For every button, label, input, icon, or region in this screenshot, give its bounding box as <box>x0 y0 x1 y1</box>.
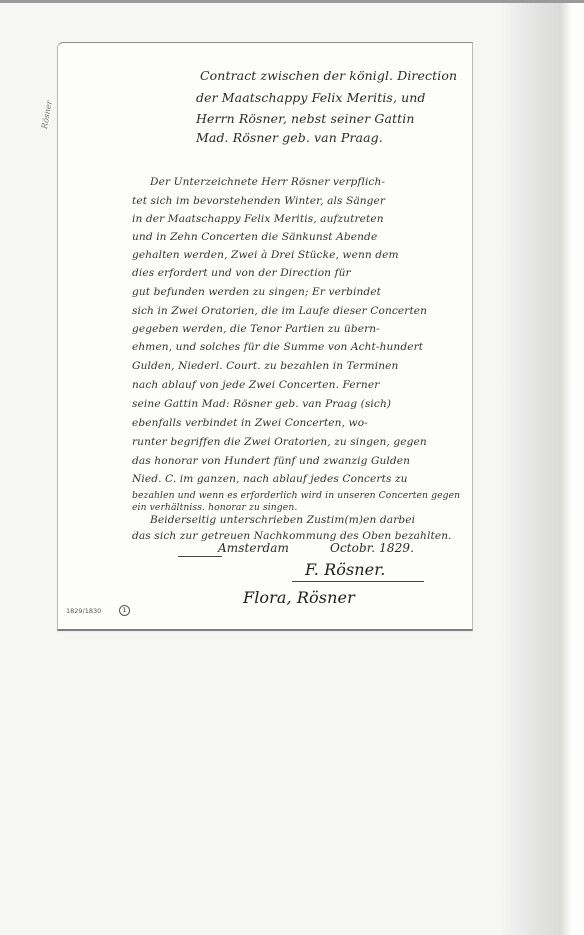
body-line: und in Zehn Concerten die Sänkunst Abend… <box>132 231 377 243</box>
title-line-4: Mad. Rösner geb. van Praag. <box>196 130 383 145</box>
body-line: tet sich im bevorstehenden Winter, als S… <box>132 195 385 207</box>
body-line: gegeben werden, die Tenor Partien zu übe… <box>132 323 380 335</box>
body-line: bezahlen und wenn es erforderlich wird i… <box>132 490 460 501</box>
title-line-3: Herrn Rösner, nebst seiner Gattin <box>196 111 415 126</box>
signing-place: Amsterdam <box>218 541 289 555</box>
body-line: ehmen, und solches für die Summe von Ach… <box>132 341 423 353</box>
title-line-1: Contract zwischen der königl. Direction <box>200 68 457 83</box>
body-line: ein verhältniss. honorar zu singen. <box>132 502 297 513</box>
body-line: gehalten werden, Zwei à Drei Stücke, wen… <box>132 249 399 261</box>
body-line: sich in Zwei Oratorien, die im Laufe die… <box>132 305 427 317</box>
title-line-2: der Maatschappy Felix Meritis, und <box>196 90 426 105</box>
body-line: dies erfordert und von der Direction für <box>132 267 351 279</box>
body-line: gut befunden werden zu singen; Er verbin… <box>132 286 381 298</box>
body-line: in der Maatschappy Felix Meritis, aufzut… <box>132 213 384 225</box>
signing-date: Octobr. 1829. <box>330 541 414 555</box>
signature-f-rosner: F. Rösner. <box>305 560 385 579</box>
scan-top-border <box>0 0 584 3</box>
signature-underline <box>292 581 424 582</box>
archive-reference: 1829/1830 <box>66 607 101 615</box>
body-line: Beiderseitig unterschrieben Zustim(m)en … <box>150 514 415 526</box>
body-line: runter begriffen die Zwei Oratorien, zu … <box>132 436 427 448</box>
page-number-badge: 1 <box>119 605 130 616</box>
body-line: nach ablauf von jede Zwei Concerten. Fer… <box>132 379 379 391</box>
body-line: das honorar von Hundert fünf und zwanzig… <box>132 455 410 467</box>
body-line: ebenfalls verbindet in Zwei Concerten, w… <box>132 417 368 429</box>
signature-flora-rosner: Flora, Rösner <box>243 588 355 607</box>
body-line: Der Unterzeichnete Herr Rösner verpflich… <box>150 176 385 188</box>
body-line: Gulden, Niederl. Court. zu bezahlen in T… <box>132 360 398 372</box>
body-line: Nied. C. im ganzen, nach ablauf jedes Co… <box>132 473 408 485</box>
flourish-line <box>178 556 222 557</box>
body-line: seine Gattin Mad: Rösner geb. van Praag … <box>132 398 391 410</box>
